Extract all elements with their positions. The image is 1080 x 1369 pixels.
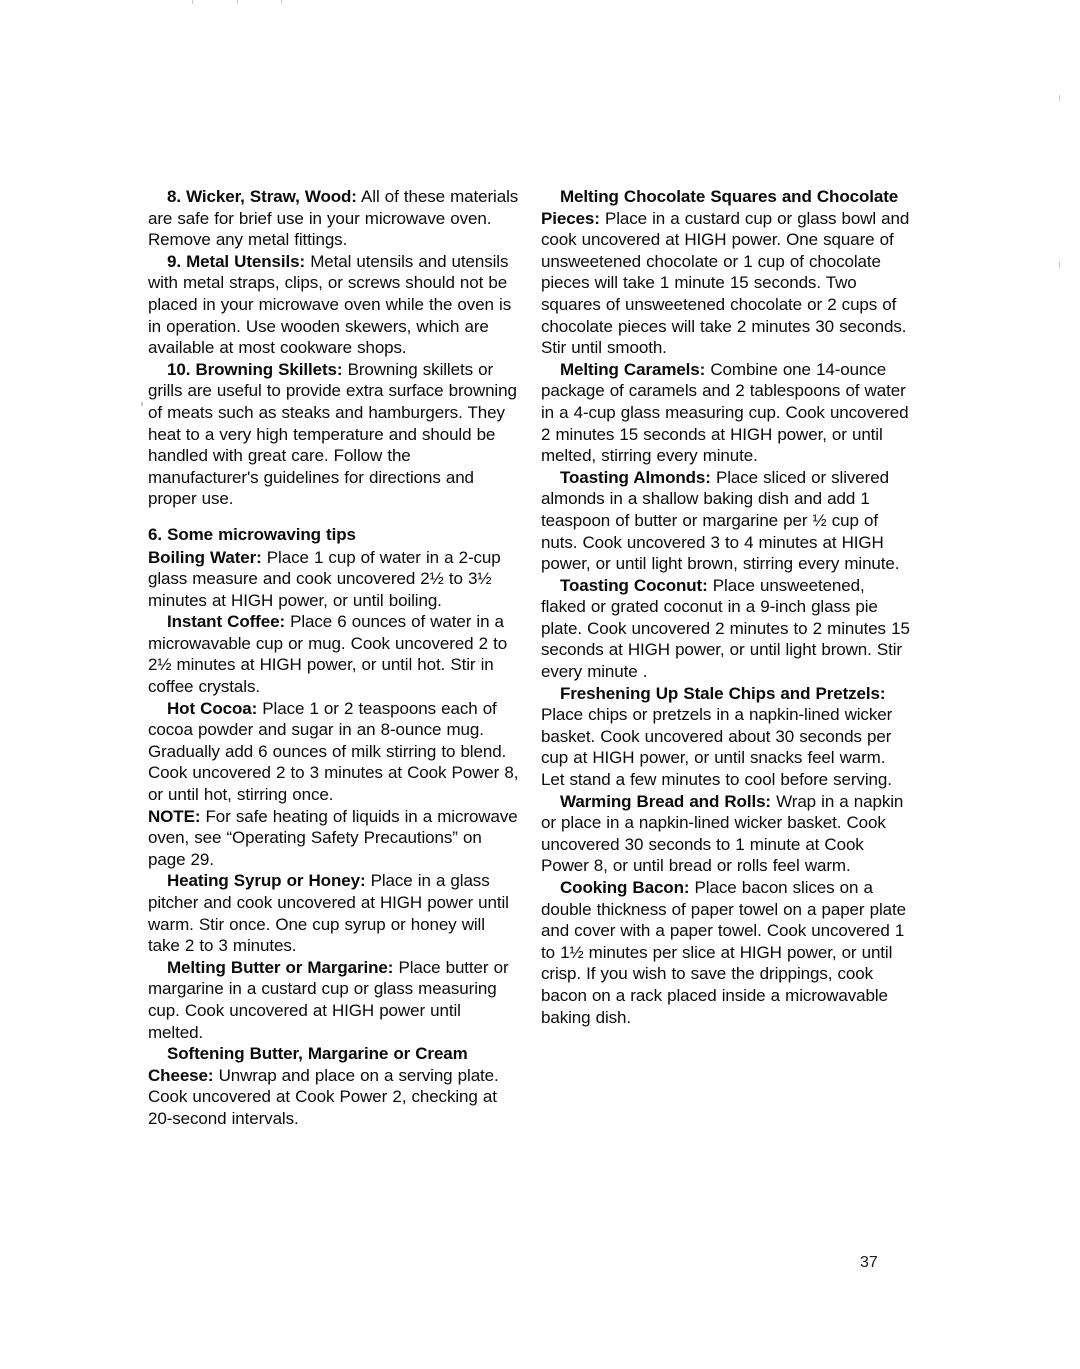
paragraph-lead: Cooking Bacon: [560,878,689,897]
paragraph-text: Place in a custard cup or glass bowl and… [541,209,909,358]
paragraph-lead: 6. Some microwaving tips [148,525,356,544]
paragraph: Instant Coffee: Place 6 ounces of water … [148,611,519,697]
text-columns: 8. Wicker, Straw, Wood: All of these mat… [148,186,912,1130]
paragraph-lead: Melting Caramels: [560,360,705,379]
paragraph: Melting Chocolate Squares and Chocolate … [541,186,912,359]
paragraph-text: For safe heating of liquids in a microwa… [148,807,518,869]
paragraph-lead: NOTE: [148,807,200,826]
paragraph: 9. Metal Utensils: Metal utensils and ut… [148,251,519,359]
paragraph-text: Place bacon slices on a double thickness… [541,878,906,1027]
paragraph-lead: Toasting Coconut: [560,576,708,595]
paragraph: Boiling Water: Place 1 cup of water in a… [148,547,519,612]
scan-artifact [1059,262,1060,268]
paragraph: Toasting Coconut: Place unsweetened, fla… [541,575,912,683]
paragraph-lead: 10. Browning Skillets: [167,360,342,379]
paragraph: Hot Cocoa: Place 1 or 2 teaspoons each o… [148,698,519,806]
paragraph: Heating Syrup or Honey: Place in a glass… [148,870,519,956]
paragraph-lead: Warming Bread and Rolls: [560,792,771,811]
manual-page: 8. Wicker, Straw, Wood: All of these mat… [0,0,1080,1369]
paragraph: Softening Butter, Margarine or Cream Che… [148,1043,519,1129]
paragraph: Toasting Almonds: Place sliced or sliver… [541,467,912,575]
paragraph: Melting Caramels: Combine one 14-ounce p… [541,359,912,467]
paragraph-text: Browning skillets or grills are useful t… [148,360,517,509]
paragraph-lead: Toasting Almonds: [560,468,711,487]
paragraph-text: Place chips or pretzels in a napkin-line… [541,705,892,789]
paragraph-lead: 8. Wicker, Straw, Wood: [167,187,357,206]
paragraph-lead: Hot Cocoa: [167,699,257,718]
paragraph: NOTE: For safe heating of liquids in a m… [148,806,519,871]
paragraph-lead: 9. Metal Utensils: [167,252,305,271]
paragraph-lead: Freshening Up Stale Chips and Pretzels: [560,684,885,703]
left-column: 8. Wicker, Straw, Wood: All of these mat… [148,186,519,1130]
paragraph-lead: Heating Syrup or Honey: [167,871,366,890]
paragraph: 8. Wicker, Straw, Wood: All of these mat… [148,186,519,251]
paragraph: Warming Bread and Rolls: Wrap in a napki… [541,791,912,877]
page-number: 37 [860,1254,878,1272]
scan-artifact [281,0,282,4]
paragraph-lead: Melting Butter or Margarine: [167,958,393,977]
scan-artifact [141,402,143,406]
paragraph-lead: Instant Coffee: [167,612,285,631]
scan-artifact [1059,95,1060,101]
paragraph: 10. Browning Skillets: Browning skillets… [148,359,519,510]
paragraph-lead: Boiling Water: [148,548,262,567]
scan-artifact [237,0,238,4]
paragraph: Melting Butter or Margarine: Place butte… [148,957,519,1043]
scan-artifact [192,0,193,4]
section-heading: 6. Some microwaving tips [148,524,519,546]
right-column: Melting Chocolate Squares and Chocolate … [541,186,912,1028]
paragraph: Cooking Bacon: Place bacon slices on a d… [541,877,912,1028]
paragraph: Freshening Up Stale Chips and Pretzels: … [541,683,912,791]
